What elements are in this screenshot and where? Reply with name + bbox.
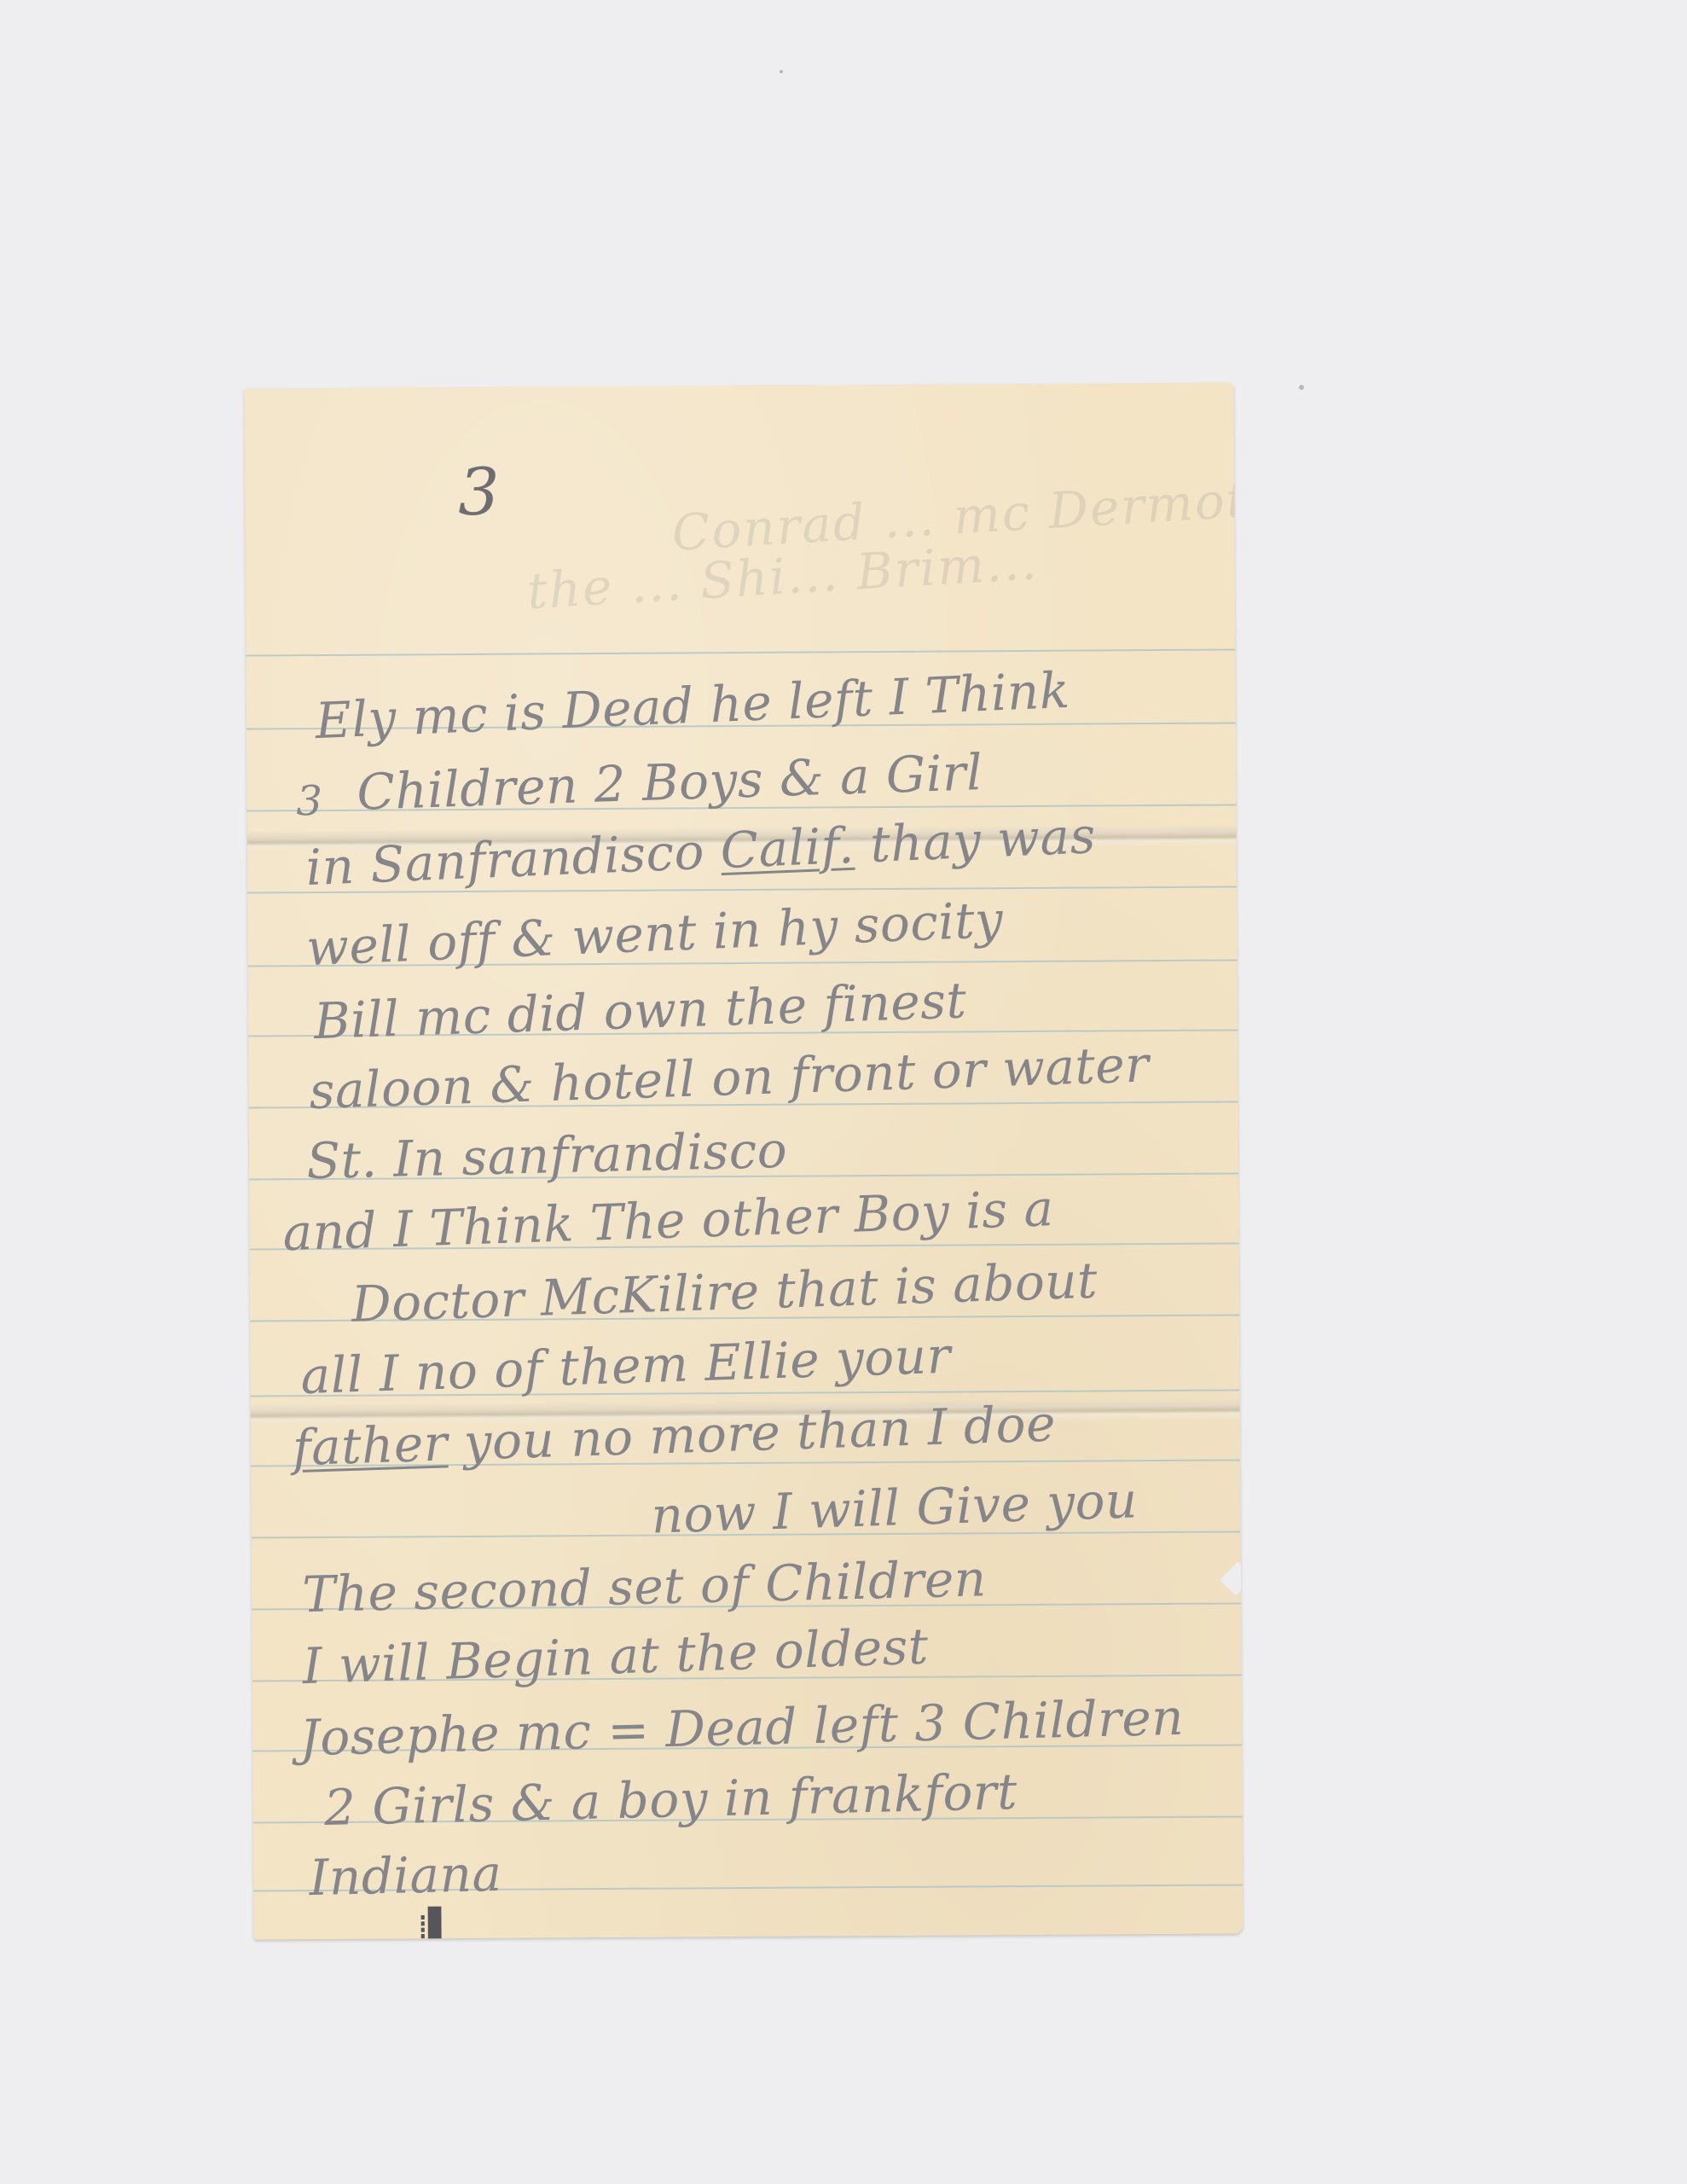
handwritten-line: saloon & hotell on front or water: [309, 1035, 1151, 1120]
handwritten-line: all I no of them Ellie your: [300, 1327, 952, 1406]
underlined-word: father: [292, 1414, 449, 1477]
letter-page: Conrad ... mc Dermott the ... Shi... Bri…: [244, 382, 1243, 1939]
handwritten-line: in Sanfrandisco Calif. thay was: [304, 806, 1097, 897]
handwritten-line: Bill mc did own the finest: [313, 971, 967, 1050]
handwritten-line: St. In sanfrandisco: [306, 1121, 788, 1190]
handwritten-line: and I Think The other Boy is a: [282, 1179, 1055, 1262]
handwritten-line: 2 Girls & a boy in frankfort: [323, 1763, 1017, 1837]
page-number: 3: [458, 454, 500, 530]
handwritten-line: The second set of Children: [302, 1549, 988, 1623]
ruled-line: [246, 648, 1235, 656]
scan-speck: [1299, 385, 1304, 390]
handwritten-line: I will Begin at the oldest: [302, 1617, 930, 1695]
handwritten-line: Josephe mc = Dead left 3 Children: [299, 1688, 1185, 1767]
underlined-word: Calif.: [719, 816, 855, 880]
margin-numeral: 3: [296, 777, 322, 825]
ink-smudge: ⁞▌: [417, 1908, 455, 1939]
handwritten-line: Indiana: [309, 1844, 503, 1907]
torn-notch: [1220, 1562, 1243, 1596]
scan-speck: [780, 70, 783, 73]
handwritten-line: Doctor McKilire that is about: [351, 1252, 1099, 1333]
handwritten-line: Children 2 Boys & a Girl: [356, 743, 983, 822]
handwritten-line: Ely mc is Dead he left I Think: [314, 661, 1070, 750]
